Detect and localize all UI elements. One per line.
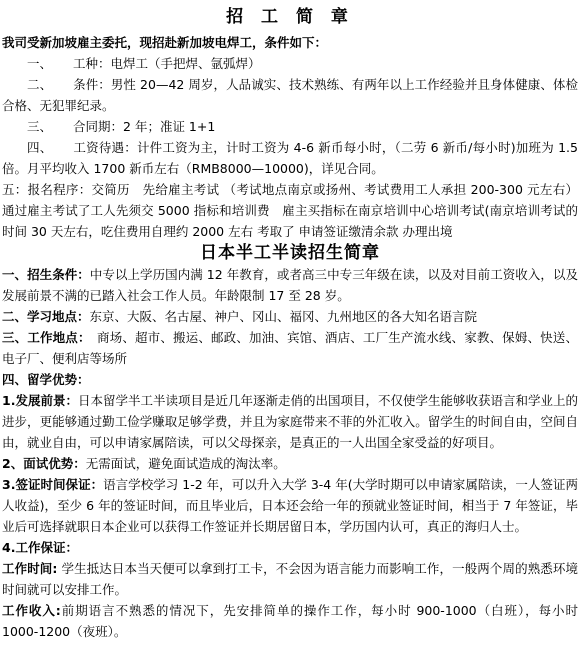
doc1-item-4: 四、工资待遇：计件工资为主，计时工资为 4-6 新币每小时，（二劳 6 新币/每… [2,137,578,179]
paragraph-label: 工作收入: [2,603,61,618]
doc2-paragraph-work-guarantee-heading: 4.工作保证： [2,537,578,558]
paragraph-label: 四、留学优势： [2,372,90,387]
item-number: 一、 [27,56,52,71]
item-number: 三、 [27,119,52,134]
doc2-paragraph-study-locations: 二、学习地点：东京、大阪、名古屋、神户、冈山、福冈、九州地区的各大知名语言院 [2,306,578,327]
paragraph-label: 二、学习地点： [2,309,90,324]
doc1-item-2: 二、条件：男性 20—42 周岁，人品诚实、技术熟练、有两年以上工作经验并且身体… [2,74,578,116]
paragraph-text: 商场、超市、搬运、邮政、加油、宾馆、酒店、工厂生产流水线、家教、保姆、快送、电子… [2,330,578,366]
paragraph-label: 2、面试优势： [2,456,86,471]
paragraph-text: 日本留学半工半读项目是近几年逐渐走俏的出国项目，不仅使学生能够收获语言和学业上的… [2,393,578,450]
doc2-paragraph-work-income: 工作收入:前期语言不熟悉的情况下，先安排简单的操作工作，每小时 900-1000… [2,600,578,642]
doc1-item-1: 一、工种：电焊工（手把焊、氩弧焊） [2,53,578,74]
doc1-intro: 我司受新加坡雇主委托，现招赴新加坡电焊工，条件如下： [2,32,578,53]
item-text: 工资待遇：计件工资为主，计时工资为 4-6 新币每小时，（二劳 6 新币/每小时… [2,140,578,176]
paragraph-text: 学生抵达日本当天便可以拿到打工卡，不会因为语言能力而影响工作，一般两个周的熟悉环… [2,561,578,597]
doc2-title: 日本半工半读招生简章 [2,242,578,264]
paragraph-label: 1.发展前景： [2,393,78,408]
document-page: 招 工 简 章 我司受新加坡雇主委托，现招赴新加坡电焊工，条件如下： 一、工种：… [0,0,581,650]
item-text: 条件：男性 20—42 周岁，人品诚实、技术熟练、有两年以上工作经验并且身体健康… [2,77,578,113]
paragraph-label: 一、招生条件： [2,267,90,282]
doc1-title: 招 工 简 章 [2,6,578,29]
paragraph-label: 三、工作地点： [2,330,84,345]
paragraph-label: 3.签证时间保证： [2,477,103,492]
doc2-paragraph-visa: 3.签证时间保证：语言学校学习 1-2 年，可以升入大学 3-4 年(大学时期可… [2,474,578,537]
item-text: 工种：电焊工（手把焊、氩弧焊） [73,56,261,71]
doc1-item-3: 三、合同期：2 年；准证 1+1 [2,116,578,137]
paragraph-text: 东京、大阪、名古屋、神户、冈山、福冈、九州地区的各大知名语言院 [90,309,478,324]
item-text: 合同期：2 年；准证 1+1 [73,119,215,134]
doc2-paragraph-advantages-heading: 四、留学优势： [2,369,578,390]
paragraph-text: 无需面试，避免面试造成的淘汰率。 [86,456,286,471]
item-number: 四、 [27,140,52,155]
paragraph-text: 前期语言不熟悉的情况下，先安排简单的操作工作，每小时 900-1000（白班），… [2,603,578,639]
item-number: 二、 [27,77,52,92]
doc2-paragraph-work-locations: 三、工作地点： 商场、超市、搬运、邮政、加油、宾馆、酒店、工厂生产流水线、家教、… [2,327,578,369]
paragraph-label: 工作时间: [2,561,57,576]
doc1-item-5: 五：报名程序：交简历 先给雇主考试 （考试地点南京或扬州、考试费用工人承担 20… [2,179,578,242]
doc2-paragraph-admission: 一、招生条件：中专以上学历国内满 12 年教育，或者高三中专三年级在读，以及对目… [2,264,578,306]
doc2-paragraph-work-time: 工作时间: 学生抵达日本当天便可以拿到打工卡，不会因为语言能力而影响工作，一般两… [2,558,578,600]
paragraph-label: 4.工作保证： [2,540,78,555]
doc2-paragraph-interview: 2、面试优势：无需面试，避免面试造成的淘汰率。 [2,453,578,474]
doc2-paragraph-prospects: 1.发展前景：日本留学半工半读项目是近几年逐渐走俏的出国项目，不仅使学生能够收获… [2,390,578,453]
